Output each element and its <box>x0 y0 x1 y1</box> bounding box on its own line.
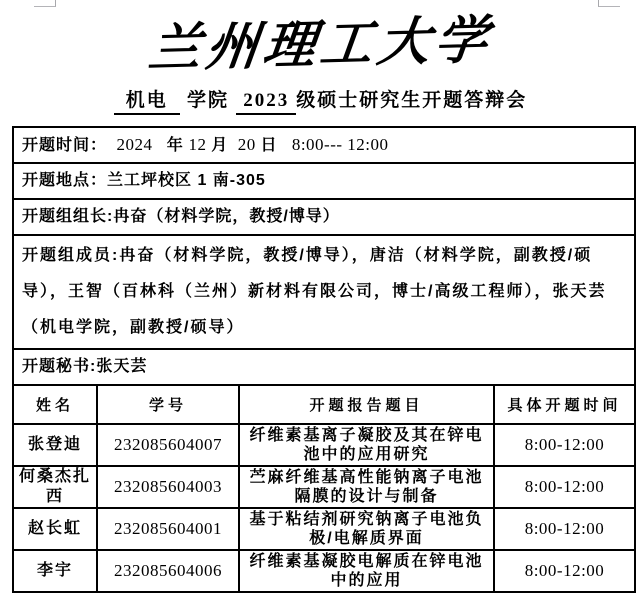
defense-info-table: 开题时间： 2024 年 12 月 20 日 8:00--- 12:00 开题地… <box>12 126 636 593</box>
info-row-members: 开题组成员:冉奋（材料学院，教授/博导），唐洁（材料学院，副教授/硕导），王智（… <box>13 235 635 349</box>
defense-location-cell: 开题地点：兰工坪校区 1 南-305 <box>13 163 635 199</box>
defense-members-cell: 开题组成员:冉奋（材料学院，教授/博导），唐洁（材料学院，副教授/硕导），王智（… <box>13 235 635 349</box>
student-name: 何桑杰扎西 <box>13 466 97 508</box>
defense-time-day: 20 <box>228 135 260 154</box>
schedule-row-3: 赵长虹 232085604001 基于粘结剂研究钠离子电池负极/电解质界面 8:… <box>13 508 635 550</box>
student-id: 232085604001 <box>97 508 239 550</box>
title-college-name: 机电 <box>114 90 180 115</box>
student-name: 李宇 <box>13 550 97 592</box>
defense-time-year: 2024 <box>107 135 167 154</box>
info-row-secretary: 开题秘书:张天芸 <box>13 349 635 385</box>
column-header-topic: 开题报告题目 <box>239 385 494 424</box>
column-header-time: 具体开题时间 <box>494 385 635 424</box>
info-row-time: 开题时间： 2024 年 12 月 20 日 8:00--- 12:00 <box>13 127 635 163</box>
title-text-college-suffix: 学院 <box>180 90 237 111</box>
defense-time-cell: 开题时间： 2024 年 12 月 20 日 8:00--- 12:00 <box>13 127 635 163</box>
student-id: 232085604003 <box>97 466 239 508</box>
info-row-location: 开题地点：兰工坪校区 1 南-305 <box>13 163 635 199</box>
column-header-student-id: 学号 <box>97 385 239 424</box>
defense-timeslot: 8:00-12:00 <box>494 466 635 508</box>
student-id: 232085604006 <box>97 550 239 592</box>
schedule-row-1: 张登迪 232085604007 纤维素基离子凝胶及其在锌电池中的应用研究 8:… <box>13 424 635 466</box>
defense-time-month: 12 <box>184 135 212 154</box>
student-id: 232085604007 <box>97 424 239 466</box>
student-name: 赵长虹 <box>13 508 97 550</box>
defense-timeslot: 8:00-12:00 <box>494 424 635 466</box>
defense-timeslot: 8:00-12:00 <box>494 508 635 550</box>
title-text-event: 级硕士研究生开题答辩会 <box>296 90 527 111</box>
report-topic: 基于粘结剂研究钠离子电池负极/电解质界面 <box>239 508 494 550</box>
defense-time-year-unit: 年 <box>167 137 184 154</box>
schedule-row-4: 李宇 232085604006 纤维素基凝胶电解质在锌电池中的应用 8:00-1… <box>13 550 635 592</box>
defense-timeslot: 8:00-12:00 <box>494 550 635 592</box>
info-row-chair: 开题组组长:冉奋（材料学院，教授/博导） <box>13 199 635 235</box>
report-topic: 纤维素基凝胶电解质在锌电池中的应用 <box>239 550 494 592</box>
report-topic: 纤维素基离子凝胶及其在锌电池中的应用研究 <box>239 424 494 466</box>
schedule-header-row: 姓名 学号 开题报告题目 具体开题时间 <box>13 385 635 424</box>
title-cohort-year: 2023 <box>236 90 296 115</box>
report-topic: 苎麻纤维基高性能钠离子电池隔膜的设计与制备 <box>239 466 494 508</box>
student-name: 张登迪 <box>13 424 97 466</box>
defense-time-month-unit: 月 <box>211 137 228 154</box>
defense-time-day-unit: 日 <box>261 137 278 154</box>
table-corner-mark-left <box>34 0 56 7</box>
defense-time-range: 8:00--- 12:00 <box>278 135 389 154</box>
schedule-row-2: 何桑杰扎西 232085604003 苎麻纤维基高性能钠离子电池隔膜的设计与制备… <box>13 466 635 508</box>
defense-chair-cell: 开题组组长:冉奋（材料学院，教授/博导） <box>13 199 635 235</box>
defense-secretary-cell: 开题秘书:张天芸 <box>13 349 635 385</box>
column-header-name: 姓名 <box>13 385 97 424</box>
defense-time-label: 开题时间： <box>22 137 107 154</box>
page-title: 机电 学院 2023级硕士研究生开题答辩会 <box>0 88 641 114</box>
university-logo: 兰州理工大学 <box>0 0 641 94</box>
